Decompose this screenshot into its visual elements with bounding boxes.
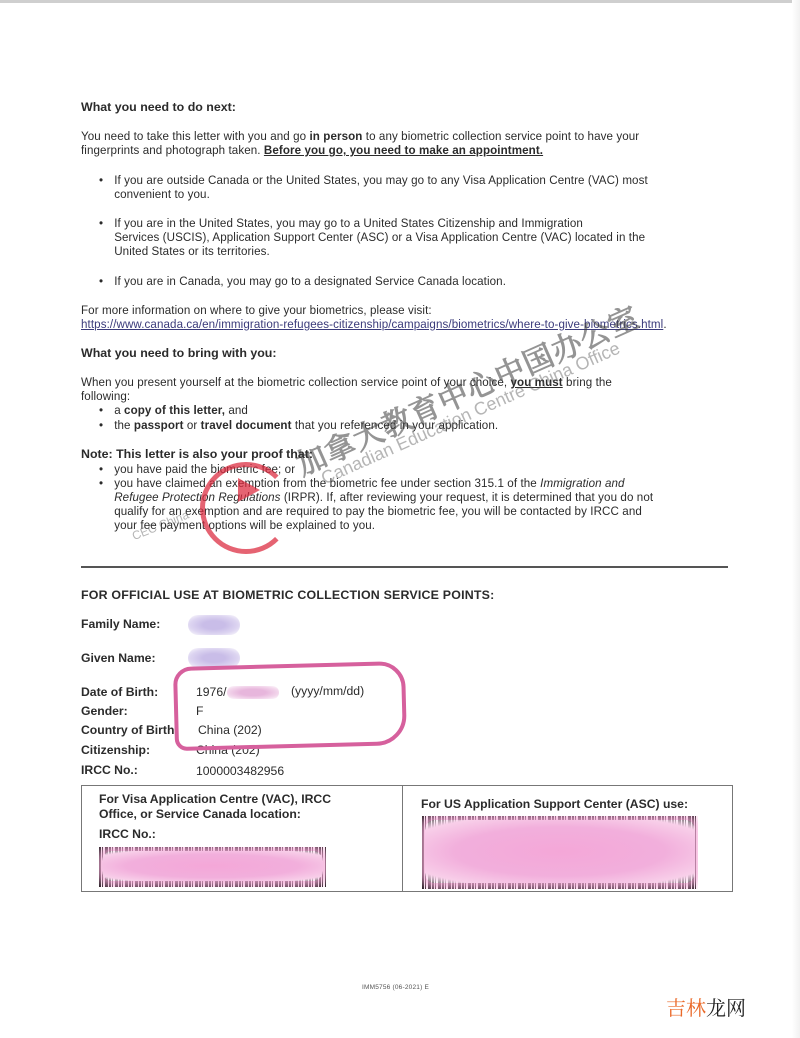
regulation-title: Immigration and (540, 476, 624, 490)
bullet-icon: • (99, 418, 103, 432)
regulation-title: Refugee Protection Regulations (114, 490, 280, 504)
form-code: IMM5756 (06-2021) E (362, 984, 429, 991)
intro-text: fingerprints and photograph taken. (81, 143, 264, 157)
given-name-label: Given Name: (81, 651, 156, 665)
family-name-label: Family Name: (81, 617, 160, 631)
bullet-text: the (114, 418, 134, 432)
bullet-icon: • (99, 173, 103, 187)
more-info: For more information on where to give yo… (81, 303, 727, 331)
bring-intro: When you present yourself at the biometr… (81, 375, 727, 403)
family-name-redacted (188, 615, 240, 635)
bullet-bold: copy of this letter, (124, 403, 225, 417)
link-period: . (663, 317, 666, 331)
biometrics-link[interactable]: https://www.canada.ca/en/immigration-ref… (81, 317, 663, 331)
asc-box-title: For US Application Support Center (ASC) … (421, 797, 688, 812)
ircc-number-value: 1000003482956 (196, 764, 284, 778)
scan-right-edge (792, 0, 800, 1038)
vac-ircc-label: IRCC No.: (99, 827, 156, 842)
bring-text: following: (81, 389, 130, 403)
bullet-text: Services (USCIS), Application Support Ce… (114, 230, 645, 244)
vac-title-line: For Visa Application Centre (VAC), IRCC (99, 792, 331, 806)
intro-text: to any biometric collection service poin… (362, 129, 639, 143)
heading-note: Note: This letter is also your proof tha… (81, 447, 313, 461)
bullet-icon: • (99, 216, 103, 230)
appointment-notice: Before you go, you need to make an appoi… (264, 143, 543, 157)
bullet-text: you have claimed an exemption from the b… (114, 476, 540, 490)
logo-part-orange: 吉林 (666, 996, 706, 1020)
bullet-text: (IRPR). If, after reviewing your request… (281, 490, 654, 504)
citizenship-label: Citizenship: (81, 743, 150, 757)
bullet-text: and (225, 403, 248, 417)
barcode-redaction (102, 851, 323, 881)
bullet-text: convenient to you. (114, 187, 210, 201)
scan-top-edge (0, 0, 800, 3)
bring-bold: you must (511, 375, 563, 389)
bullet-text: United States or its territories. (114, 244, 270, 258)
bullet-bold: travel document (201, 418, 292, 432)
bullet-icon: • (99, 274, 103, 288)
barcode-boxes: For Visa Application Centre (VAC), IRCC … (81, 785, 733, 892)
ircc-number-label: IRCC No.: (81, 763, 138, 777)
bullet-bold: passport (134, 418, 184, 432)
site-watermark-logo: 吉林龙网 (666, 992, 746, 1021)
bullet-text: or (184, 418, 201, 432)
more-info-text: For more information on where to give yo… (81, 303, 432, 317)
intro-text: You need to take this letter with you an… (81, 129, 309, 143)
official-use-heading: FOR OFFICIAL USE AT BIOMETRIC COLLECTION… (81, 588, 494, 602)
logo-part-black: 龙网 (706, 996, 746, 1020)
heading-bring: What you need to bring with you: (81, 346, 276, 360)
barcode-redaction (425, 820, 695, 883)
intro-bold: in person (309, 129, 362, 143)
bullet-icon: • (99, 476, 103, 490)
vac-title-line: Office, or Service Canada location: (99, 807, 301, 821)
hand-drawn-highlight-circle (173, 661, 407, 751)
bullet-text: If you are outside Canada or the United … (114, 173, 648, 187)
next-steps-intro: You need to take this letter with you an… (81, 129, 727, 157)
country-of-birth-label: Country of Birth: (81, 723, 178, 737)
bullet-icon: • (99, 462, 103, 476)
box-divider (402, 786, 403, 891)
gender-label: Gender: (81, 704, 128, 718)
bullet-text: you have paid the biometric fee; or (114, 462, 295, 476)
dob-label: Date of Birth: (81, 685, 158, 699)
vac-box-title: For Visa Application Centre (VAC), IRCC … (99, 792, 331, 822)
bullet-icon: • (99, 403, 103, 417)
heading-next-steps: What you need to do next: (81, 100, 236, 114)
bullet-text: If you are in the United States, you may… (114, 216, 583, 230)
vac-barcode-redacted (99, 847, 326, 887)
bullet-text: If you are in Canada, you may go to a de… (114, 274, 506, 288)
bring-text: bring the (563, 375, 612, 389)
bullet-text: qualify for an exemption and are require… (114, 504, 642, 518)
asc-barcode-redacted (422, 816, 698, 889)
section-divider (81, 566, 728, 568)
bullet-text: that you referenced in your application. (292, 418, 499, 432)
bullet-text: a (114, 403, 124, 417)
bullet-text: your fee payment options will be explain… (114, 518, 375, 532)
bring-text: When you present yourself at the biometr… (81, 375, 511, 389)
